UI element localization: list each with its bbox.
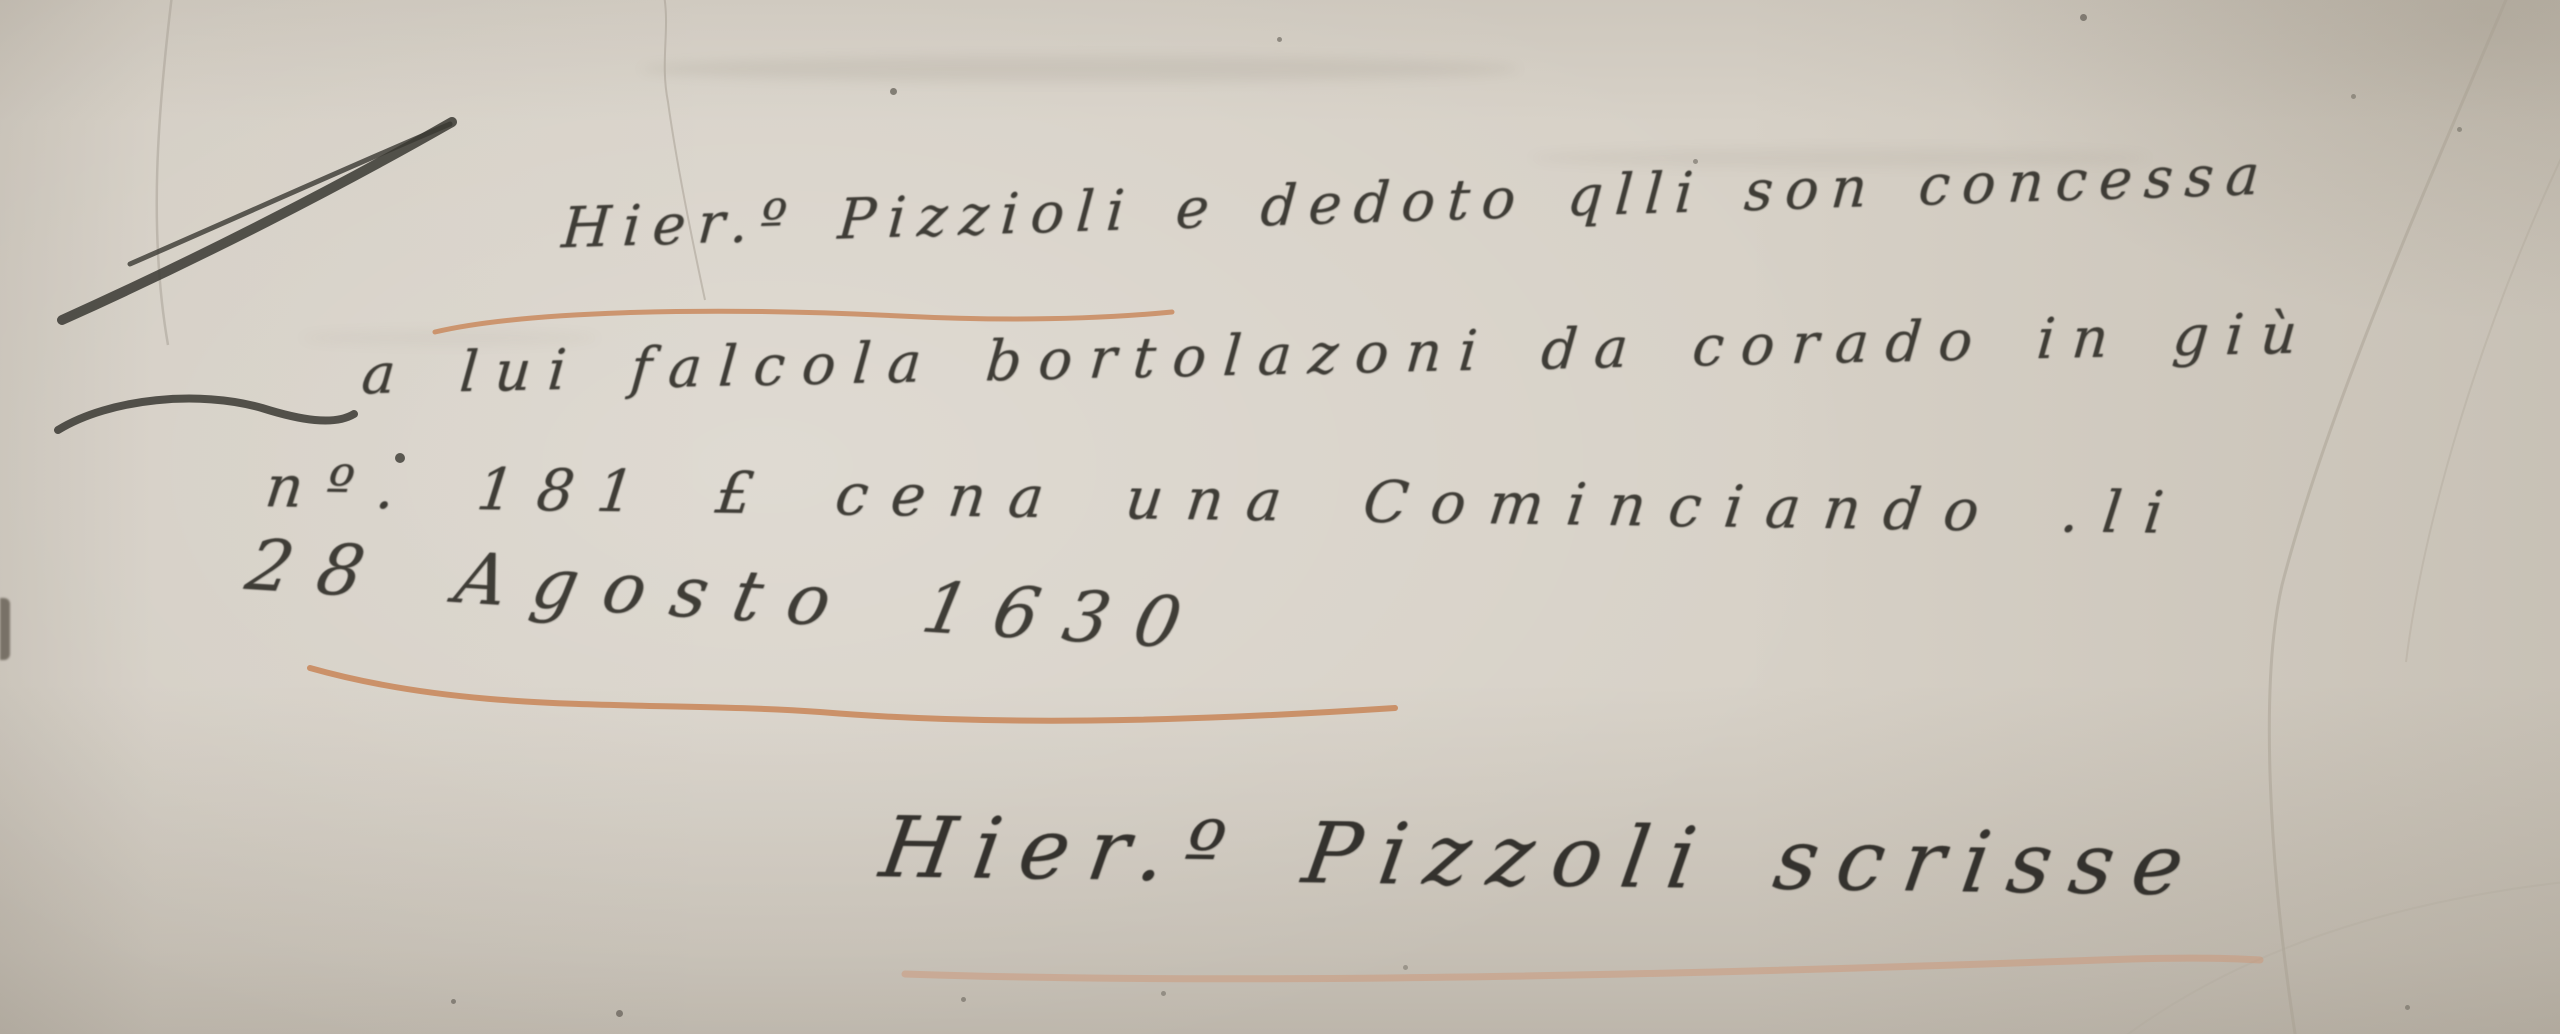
- opening-flourish-stroke: [130, 124, 450, 264]
- crease-line: [2406, 150, 2560, 662]
- paper-edge-notch: [0, 598, 10, 660]
- handwritten-line-4: 28 Agosto 1630: [240, 524, 1214, 665]
- manuscript-photo: Hier.º Pizzioli e dedoto qlli son conces…: [0, 0, 2560, 1034]
- underline-date: [310, 668, 1395, 721]
- paper-smudge: [640, 56, 1520, 82]
- handwritten-line-1: Hier.º Pizzioli e dedoto qlli son conces…: [560, 142, 2274, 261]
- underline-signature: [905, 958, 2260, 979]
- opening-flourish-hook: [58, 399, 354, 430]
- signature-line: Hier.º Pizzoli scrisse: [874, 798, 2209, 914]
- crease-line: [157, 0, 172, 345]
- handwritten-line-3: nº. 181 £ cena una Cominciando .li: [262, 452, 2190, 547]
- paper-specks: [0, 0, 3, 3]
- handwritten-line-2: a lui falcola bortolazoni da corado in g…: [359, 301, 2316, 407]
- opening-flourish-stroke: [62, 122, 452, 320]
- crease-line: [2269, 0, 2508, 1034]
